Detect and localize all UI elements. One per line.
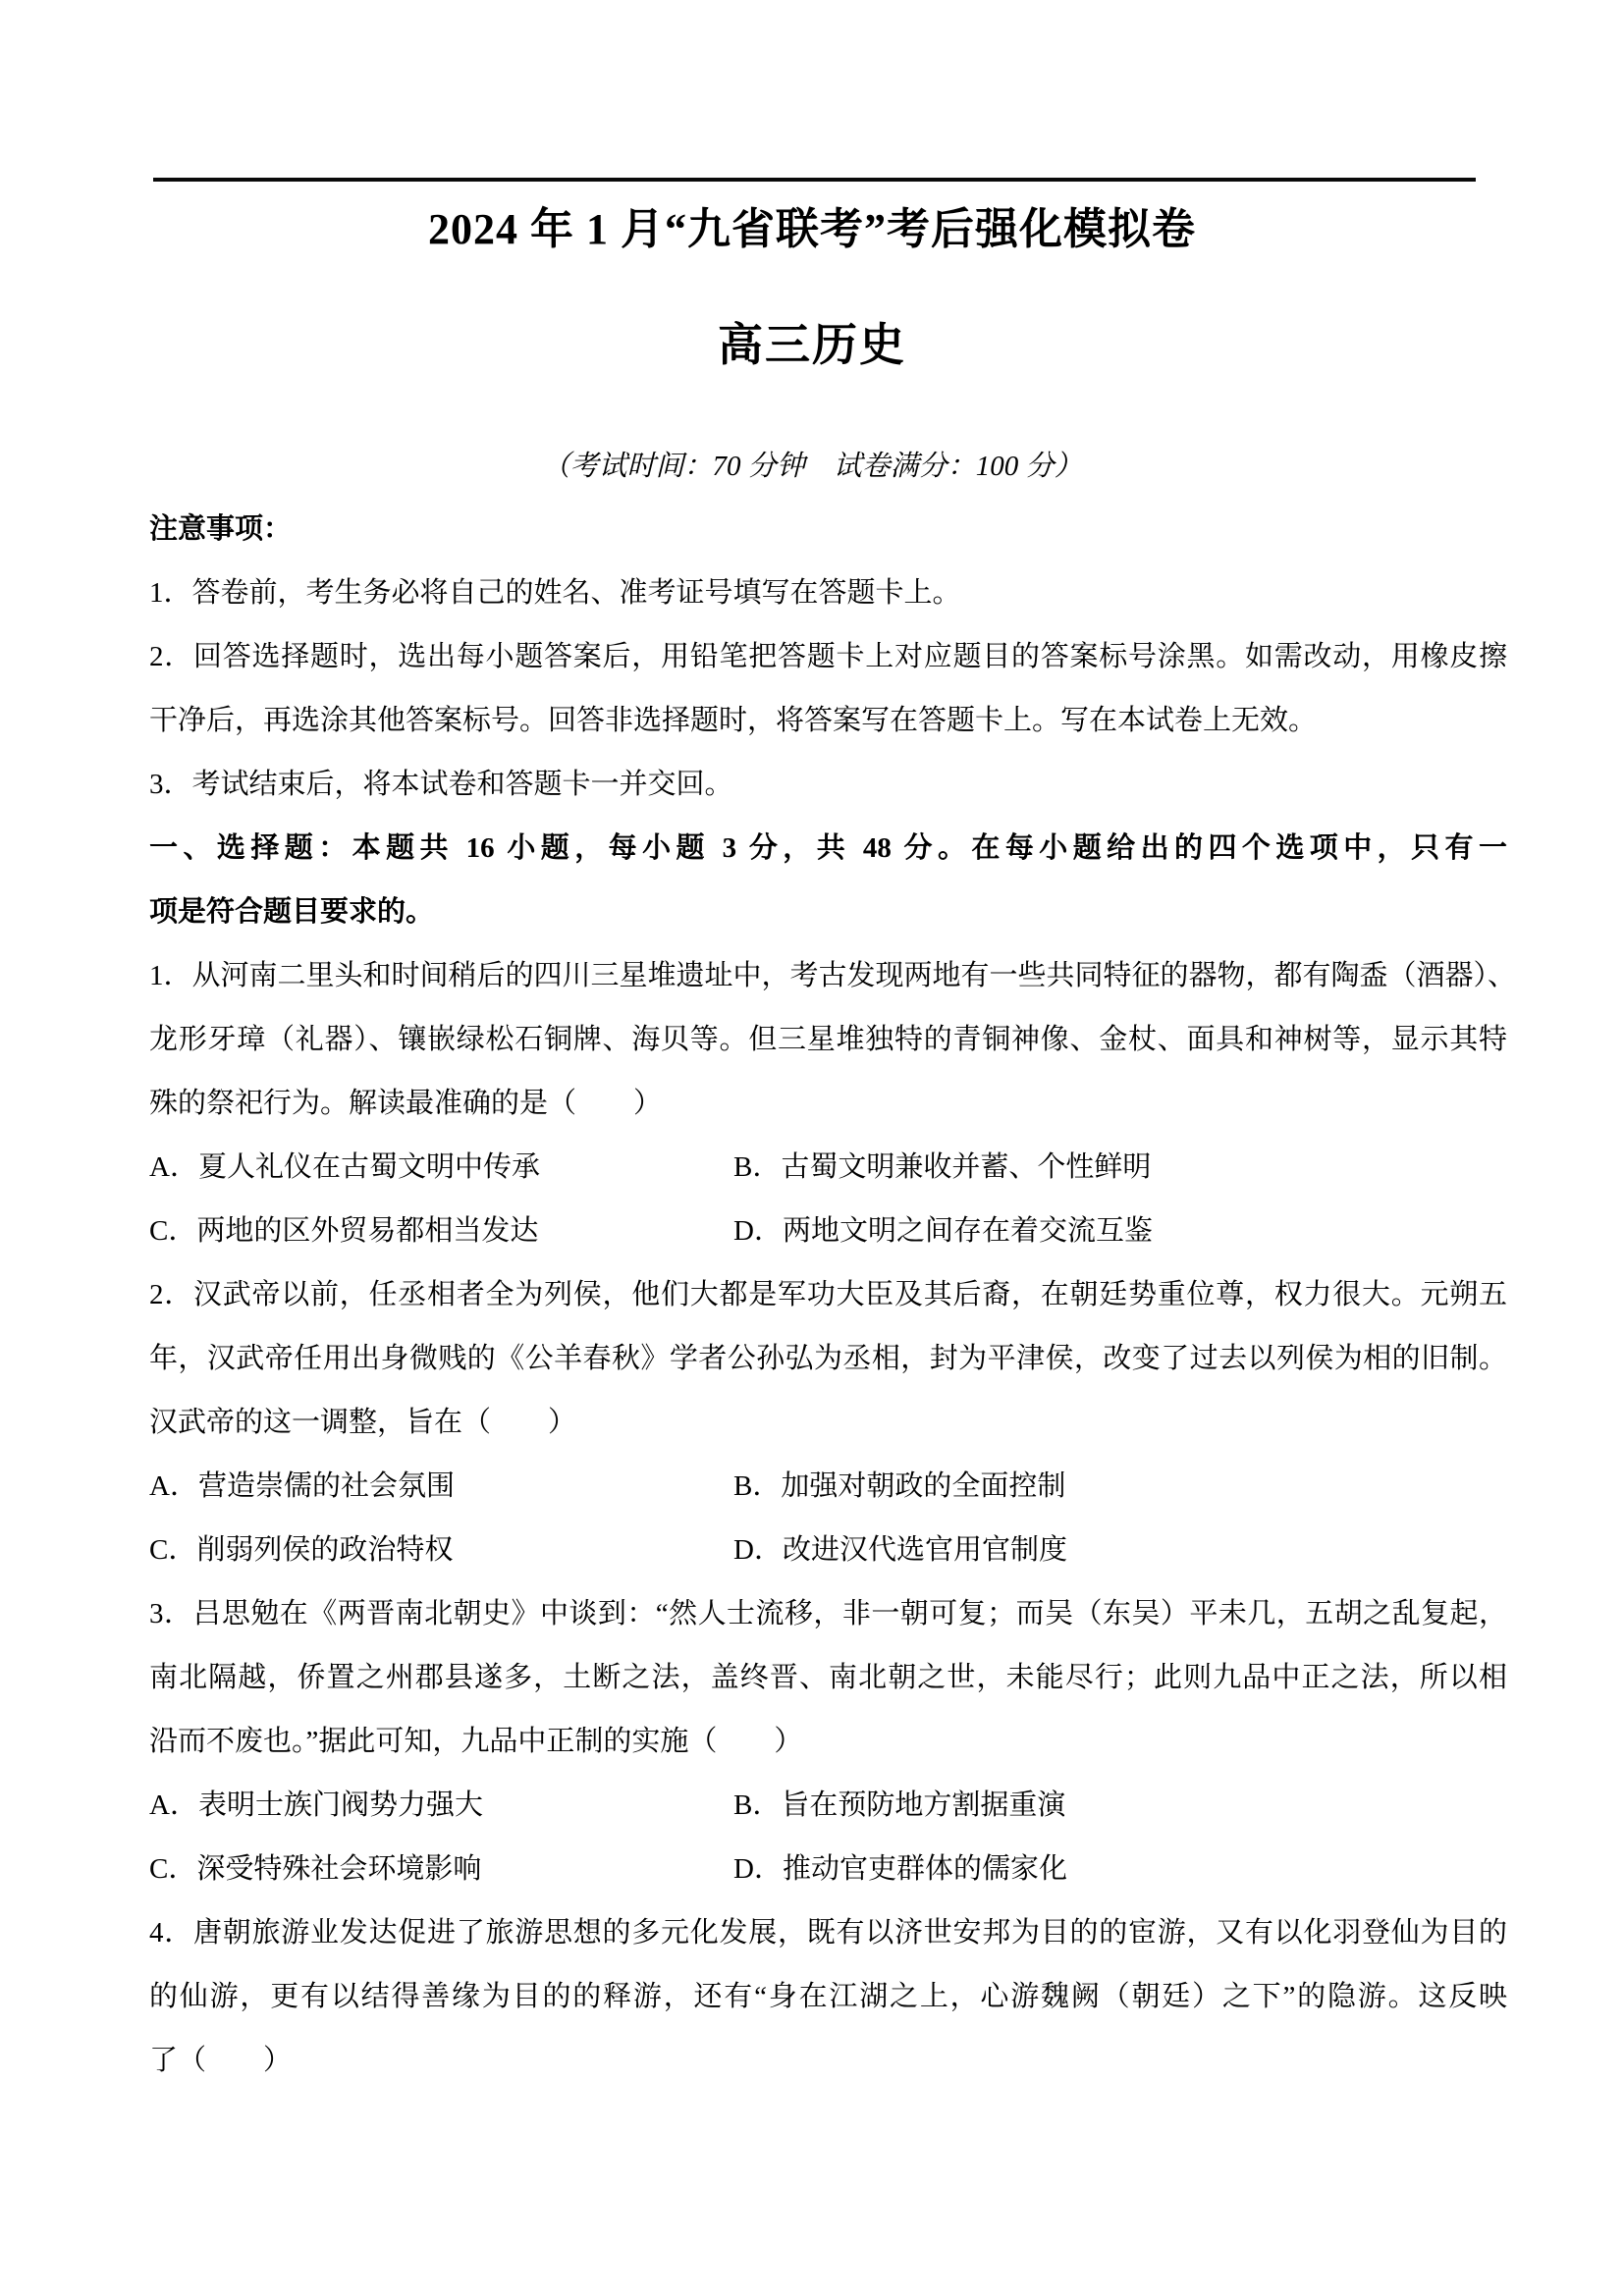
question-2-line-2: 年，汉武帝任用出身微贱的《公羊春秋》学者公孙弘为丞相，封为平津侯，改变了过去以列… bbox=[149, 1327, 1507, 1391]
page-title: 2024 年 1 月“九省联考”考后强化模拟卷 bbox=[0, 0, 1624, 259]
question-2: 2．汉武帝以前，任丞相者全为列侯，他们大都是军功大臣及其后裔，在朝廷势重位尊，权… bbox=[149, 1263, 1507, 1582]
notice-item-2-line-1: 2．回答选择题时，选出每小题答案后，用铅笔把答题卡上对应题目的答案标号涂黑。如需… bbox=[149, 625, 1507, 689]
question-3-options-row-2: C．深受特殊社会环境影响 D．推动官吏群体的儒家化 bbox=[149, 1838, 1507, 1901]
question-2-line-3: 汉武帝的这一调整，旨在（ ） bbox=[149, 1391, 1507, 1455]
question-1: 1．从河南二里头和时间稍后的四川三星堆遗址中，考古发现两地有一些共同特征的器物，… bbox=[149, 944, 1507, 1263]
page-subtitle: 高三历史 bbox=[0, 316, 1624, 375]
question-4-line-1: 4．唐朝旅游业发达促进了旅游思想的多元化发展，既有以济世安邦为目的的宦游，又有以… bbox=[149, 1901, 1507, 1965]
question-1-line-1: 1．从河南二里头和时间稍后的四川三星堆遗址中，考古发现两地有一些共同特征的器物，… bbox=[149, 944, 1507, 1008]
question-3-option-c: C．深受特殊社会环境影响 bbox=[149, 1838, 733, 1901]
notice-item-1: 1．答卷前，考生务必将自己的姓名、准考证号填写在答题卡上。 bbox=[149, 561, 1507, 625]
question-1-line-2: 龙形牙璋（礼器）、镶嵌绿松石铜牌、海贝等。但三星堆独特的青铜神像、金杖、面具和神… bbox=[149, 1008, 1507, 1072]
question-3-line-3: 沿而不废也。”据此可知，九品中正制的实施（ ） bbox=[149, 1710, 1507, 1774]
notice-item-2-line-2: 干净后，再选涂其他答案标号。回答非选择题时，将答案写在答题卡上。写在本试卷上无效… bbox=[149, 689, 1507, 753]
exam-paper-page: 2024 年 1 月“九省联考”考后强化模拟卷 高三历史 （考试时间：70 分钟… bbox=[0, 0, 1624, 2296]
question-3-line-1: 3．吕思勉在《两晋南北朝史》中谈到：“然人士流移，非一朝可复；而吴（东吴）平未几… bbox=[149, 1582, 1507, 1646]
question-3-option-a: A．表明士族门阀势力强大 bbox=[149, 1774, 733, 1838]
question-1-option-a: A．夏人礼仪在古蜀文明中传承 bbox=[149, 1136, 733, 1200]
question-2-option-b: B．加强对朝政的全面控制 bbox=[733, 1455, 1065, 1519]
question-1-option-b: B．古蜀文明兼收并蓄、个性鲜明 bbox=[733, 1136, 1151, 1200]
section-header-line-1: 一、选择题：本题共 16 小题，每小题 3 分，共 48 分。在每小题给出的四个… bbox=[149, 817, 1507, 881]
question-4-line-2: 的仙游，更有以结得善缘为目的的释游，还有“身在江湖之上，心游魏阙（朝廷）之下”的… bbox=[149, 1965, 1507, 2029]
question-3-option-b: B．旨在预防地方割据重演 bbox=[733, 1774, 1065, 1838]
question-3-options-row-1: A．表明士族门阀势力强大 B．旨在预防地方割据重演 bbox=[149, 1774, 1507, 1838]
notice-header: 注意事项： bbox=[149, 498, 1507, 561]
question-1-option-d: D．两地文明之间存在着交流互鉴 bbox=[733, 1200, 1153, 1263]
question-1-line-3: 殊的祭祀行为。解读最准确的是（ ） bbox=[149, 1072, 1507, 1136]
question-1-options-row-2: C．两地的区外贸易都相当发达 D．两地文明之间存在着交流互鉴 bbox=[149, 1200, 1507, 1263]
question-3-option-d: D．推动官吏群体的儒家化 bbox=[733, 1838, 1067, 1901]
question-2-option-a: A．营造崇儒的社会氛围 bbox=[149, 1455, 733, 1519]
question-3: 3．吕思勉在《两晋南北朝史》中谈到：“然人士流移，非一朝可复；而吴（东吴）平未几… bbox=[149, 1582, 1507, 1901]
question-2-options-row-2: C．削弱列侯的政治特权 D．改进汉代选官用官制度 bbox=[149, 1519, 1507, 1582]
question-2-option-c: C．削弱列侯的政治特权 bbox=[149, 1519, 733, 1582]
question-2-line-1: 2．汉武帝以前，任丞相者全为列侯，他们大都是军功大臣及其后裔，在朝廷势重位尊，权… bbox=[149, 1263, 1507, 1327]
question-4-line-3: 了（ ） bbox=[149, 2029, 1507, 2093]
question-2-options-row-1: A．营造崇儒的社会氛围 B．加强对朝政的全面控制 bbox=[149, 1455, 1507, 1519]
question-1-option-c: C．两地的区外贸易都相当发达 bbox=[149, 1200, 733, 1263]
header-rule bbox=[153, 178, 1476, 182]
question-4: 4．唐朝旅游业发达促进了旅游思想的多元化发展，既有以济世安邦为目的的宦游，又有以… bbox=[149, 1901, 1507, 2093]
question-1-options-row-1: A．夏人礼仪在古蜀文明中传承 B．古蜀文明兼收并蓄、个性鲜明 bbox=[149, 1136, 1507, 1200]
section-header-line-2: 项是符合题目要求的。 bbox=[149, 881, 1507, 944]
notice-item-3: 3．考试结束后，将本试卷和答题卡一并交回。 bbox=[149, 753, 1507, 817]
exam-info-line: （考试时间：70 分钟 试卷满分：100 分） bbox=[0, 447, 1624, 486]
question-3-line-2: 南北隔越，侨置之州郡县遂多，土断之法，盖终晋、南北朝之世，未能尽行；此则九品中正… bbox=[149, 1646, 1507, 1710]
question-2-option-d: D．改进汉代选官用官制度 bbox=[733, 1519, 1067, 1582]
document-body: 注意事项： 1．答卷前，考生务必将自己的姓名、准考证号填写在答题卡上。 2．回答… bbox=[149, 498, 1507, 2093]
